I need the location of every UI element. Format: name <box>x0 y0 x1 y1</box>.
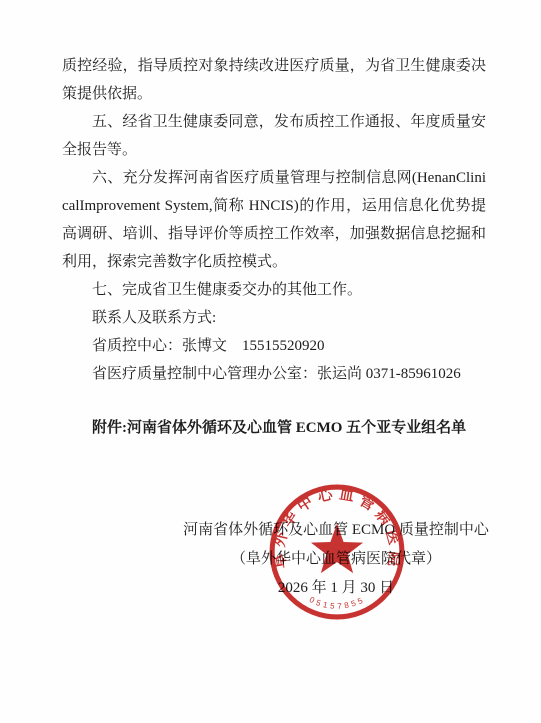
paragraph-item-5: 五、经省卫生健康委同意，发布质控工作通报、年度质量安全报告等。 <box>62 108 486 164</box>
attachment-line: 附件:河南省体外循环及心血管 ECMO 五个亚专业组名单 <box>62 414 486 442</box>
contact-heading: 联系人及联系方式: <box>62 304 486 332</box>
paragraph-item-7: 七、完成省卫生健康委交办的其他工作。 <box>62 276 486 304</box>
signature-organization: 河南省体外循环及心血管 ECMO 质量控制中心 <box>150 516 522 545</box>
signature-block: 河南省体外循环及心血管 ECMO 质量控制中心 （阜外华中心血管病医院代章） 2… <box>150 516 522 603</box>
signature-seal-note: （阜外华中心血管病医院代章） <box>150 545 522 574</box>
document-body: 质控经验，指导质控对象持续改进医疗质量，为省卫生健康委决策提供依据。 五、经省卫… <box>62 52 486 442</box>
paragraph-continuation: 质控经验，指导质控对象持续改进医疗质量，为省卫生健康委决策提供依据。 <box>62 52 486 108</box>
contact-admin-office: 省医疗质量控制中心管理办公室：张运尚 0371-85961026 <box>62 360 486 388</box>
paragraph-item-6: 六、充分发挥河南省医疗质量管理与控制信息网(HenanClinicalImpro… <box>62 164 486 276</box>
scanned-document-page: { "page": { "background": "#fefefe", "te… <box>0 0 541 723</box>
signature-date: 2026 年 1 月 30 日 <box>150 574 522 603</box>
contact-qc-center: 省质控中心：张博文 15515520920 <box>62 332 486 360</box>
